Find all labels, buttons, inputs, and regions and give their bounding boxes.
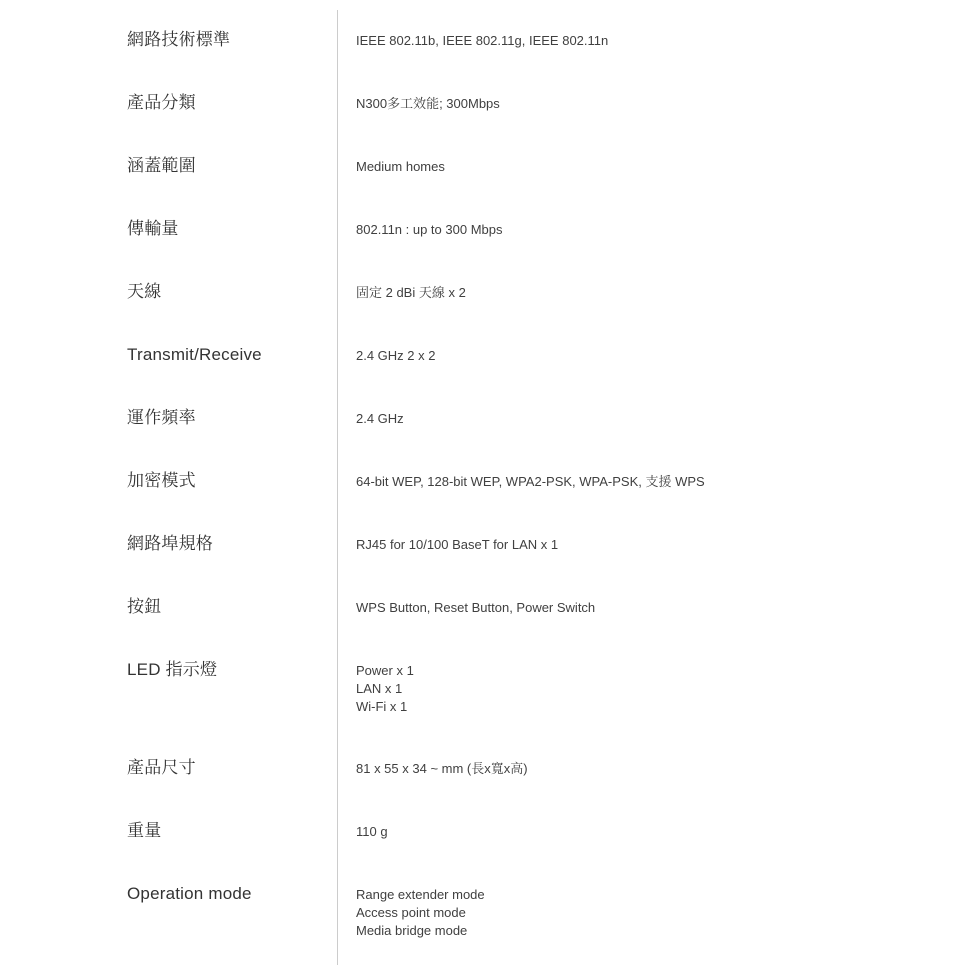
spec-value: Power x 1LAN x 1Wi-Fi x 1 <box>356 659 414 716</box>
spec-value-line: RJ45 for 10/100 BaseT for LAN x 1 <box>356 536 558 554</box>
spec-value: 110 g <box>356 820 388 841</box>
spec-label: 加密模式 <box>127 470 337 492</box>
spec-label: 按鈕 <box>127 596 337 618</box>
spec-row: 產品分類 N300多工效能; 300Mbps <box>0 92 974 114</box>
spec-row: 網路技術標準 IEEE 802.11b, IEEE 802.11g, IEEE … <box>0 29 974 51</box>
spec-value: 2.4 GHz <box>356 407 404 428</box>
spec-value-line: Media bridge mode <box>356 922 485 940</box>
spec-label: 網路埠規格 <box>127 533 337 555</box>
spec-label: 運作頻率 <box>127 407 337 429</box>
spec-row: 運作頻率 2.4 GHz <box>0 407 974 429</box>
spec-row: 按鈕 WPS Button, Reset Button, Power Switc… <box>0 596 974 618</box>
spec-label: 產品分類 <box>127 92 337 114</box>
spec-value: 2.4 GHz 2 x 2 <box>356 344 435 365</box>
spec-row: 網路埠規格 RJ45 for 10/100 BaseT for LAN x 1 <box>0 533 974 555</box>
spec-value: 固定 2 dBi 天線 x 2 <box>356 281 466 302</box>
spec-label: 涵蓋範圍 <box>127 155 337 177</box>
spec-label: 傳輸量 <box>127 218 337 240</box>
spec-value: RJ45 for 10/100 BaseT for LAN x 1 <box>356 533 558 554</box>
spec-label: 天線 <box>127 281 337 303</box>
spec-row: 傳輸量 802.11n : up to 300 Mbps <box>0 218 974 240</box>
spec-value-line: 固定 2 dBi 天線 x 2 <box>356 284 466 302</box>
spec-row: Operation mode Range extender modeAccess… <box>0 883 974 940</box>
spec-value-line: Wi-Fi x 1 <box>356 698 414 716</box>
spec-row: LED 指示燈 Power x 1LAN x 1Wi-Fi x 1 <box>0 659 974 716</box>
spec-table: 網路技術標準 IEEE 802.11b, IEEE 802.11g, IEEE … <box>0 0 974 940</box>
spec-row: 產品尺寸 81 x 55 x 34 ~ mm (長x寬x高) <box>0 757 974 779</box>
spec-value-line: N300多工效能; 300Mbps <box>356 95 500 113</box>
spec-value: 81 x 55 x 34 ~ mm (長x寬x高) <box>356 757 528 778</box>
spec-value-line: Power x 1 <box>356 662 414 680</box>
spec-value-line: LAN x 1 <box>356 680 414 698</box>
spec-value-line: 64-bit WEP, 128-bit WEP, WPA2-PSK, WPA-P… <box>356 473 705 491</box>
spec-value: 64-bit WEP, 128-bit WEP, WPA2-PSK, WPA-P… <box>356 470 705 491</box>
spec-row: 天線 固定 2 dBi 天線 x 2 <box>0 281 974 303</box>
spec-row: 涵蓋範圍 Medium homes <box>0 155 974 177</box>
spec-page: 網路技術標準 IEEE 802.11b, IEEE 802.11g, IEEE … <box>0 0 974 974</box>
spec-value: N300多工效能; 300Mbps <box>356 92 500 113</box>
spec-value-line: 802.11n : up to 300 Mbps <box>356 221 502 239</box>
spec-value-line: 110 g <box>356 823 388 841</box>
spec-label: Transmit/Receive <box>127 344 337 366</box>
spec-value-line: Medium homes <box>356 158 445 176</box>
spec-value: IEEE 802.11b, IEEE 802.11g, IEEE 802.11n <box>356 29 608 50</box>
spec-row: Transmit/Receive 2.4 GHz 2 x 2 <box>0 344 974 366</box>
spec-row: 加密模式 64-bit WEP, 128-bit WEP, WPA2-PSK, … <box>0 470 974 492</box>
spec-value: WPS Button, Reset Button, Power Switch <box>356 596 595 617</box>
spec-value-line: Access point mode <box>356 904 485 922</box>
spec-value-line: 81 x 55 x 34 ~ mm (長x寬x高) <box>356 760 528 778</box>
spec-value-line: 2.4 GHz 2 x 2 <box>356 347 435 365</box>
spec-label: LED 指示燈 <box>127 659 337 681</box>
spec-label: 重量 <box>127 820 337 842</box>
spec-value-line: WPS Button, Reset Button, Power Switch <box>356 599 595 617</box>
spec-value-line: Range extender mode <box>356 886 485 904</box>
spec-value: Range extender modeAccess point modeMedi… <box>356 883 485 940</box>
spec-value: 802.11n : up to 300 Mbps <box>356 218 502 239</box>
spec-value: Medium homes <box>356 155 445 176</box>
spec-label: 網路技術標準 <box>127 29 337 51</box>
spec-label: 產品尺寸 <box>127 757 337 779</box>
spec-row: 重量 110 g <box>0 820 974 842</box>
spec-value-line: 2.4 GHz <box>356 410 404 428</box>
spec-value-line: IEEE 802.11b, IEEE 802.11g, IEEE 802.11n <box>356 32 608 50</box>
spec-label: Operation mode <box>127 883 337 905</box>
